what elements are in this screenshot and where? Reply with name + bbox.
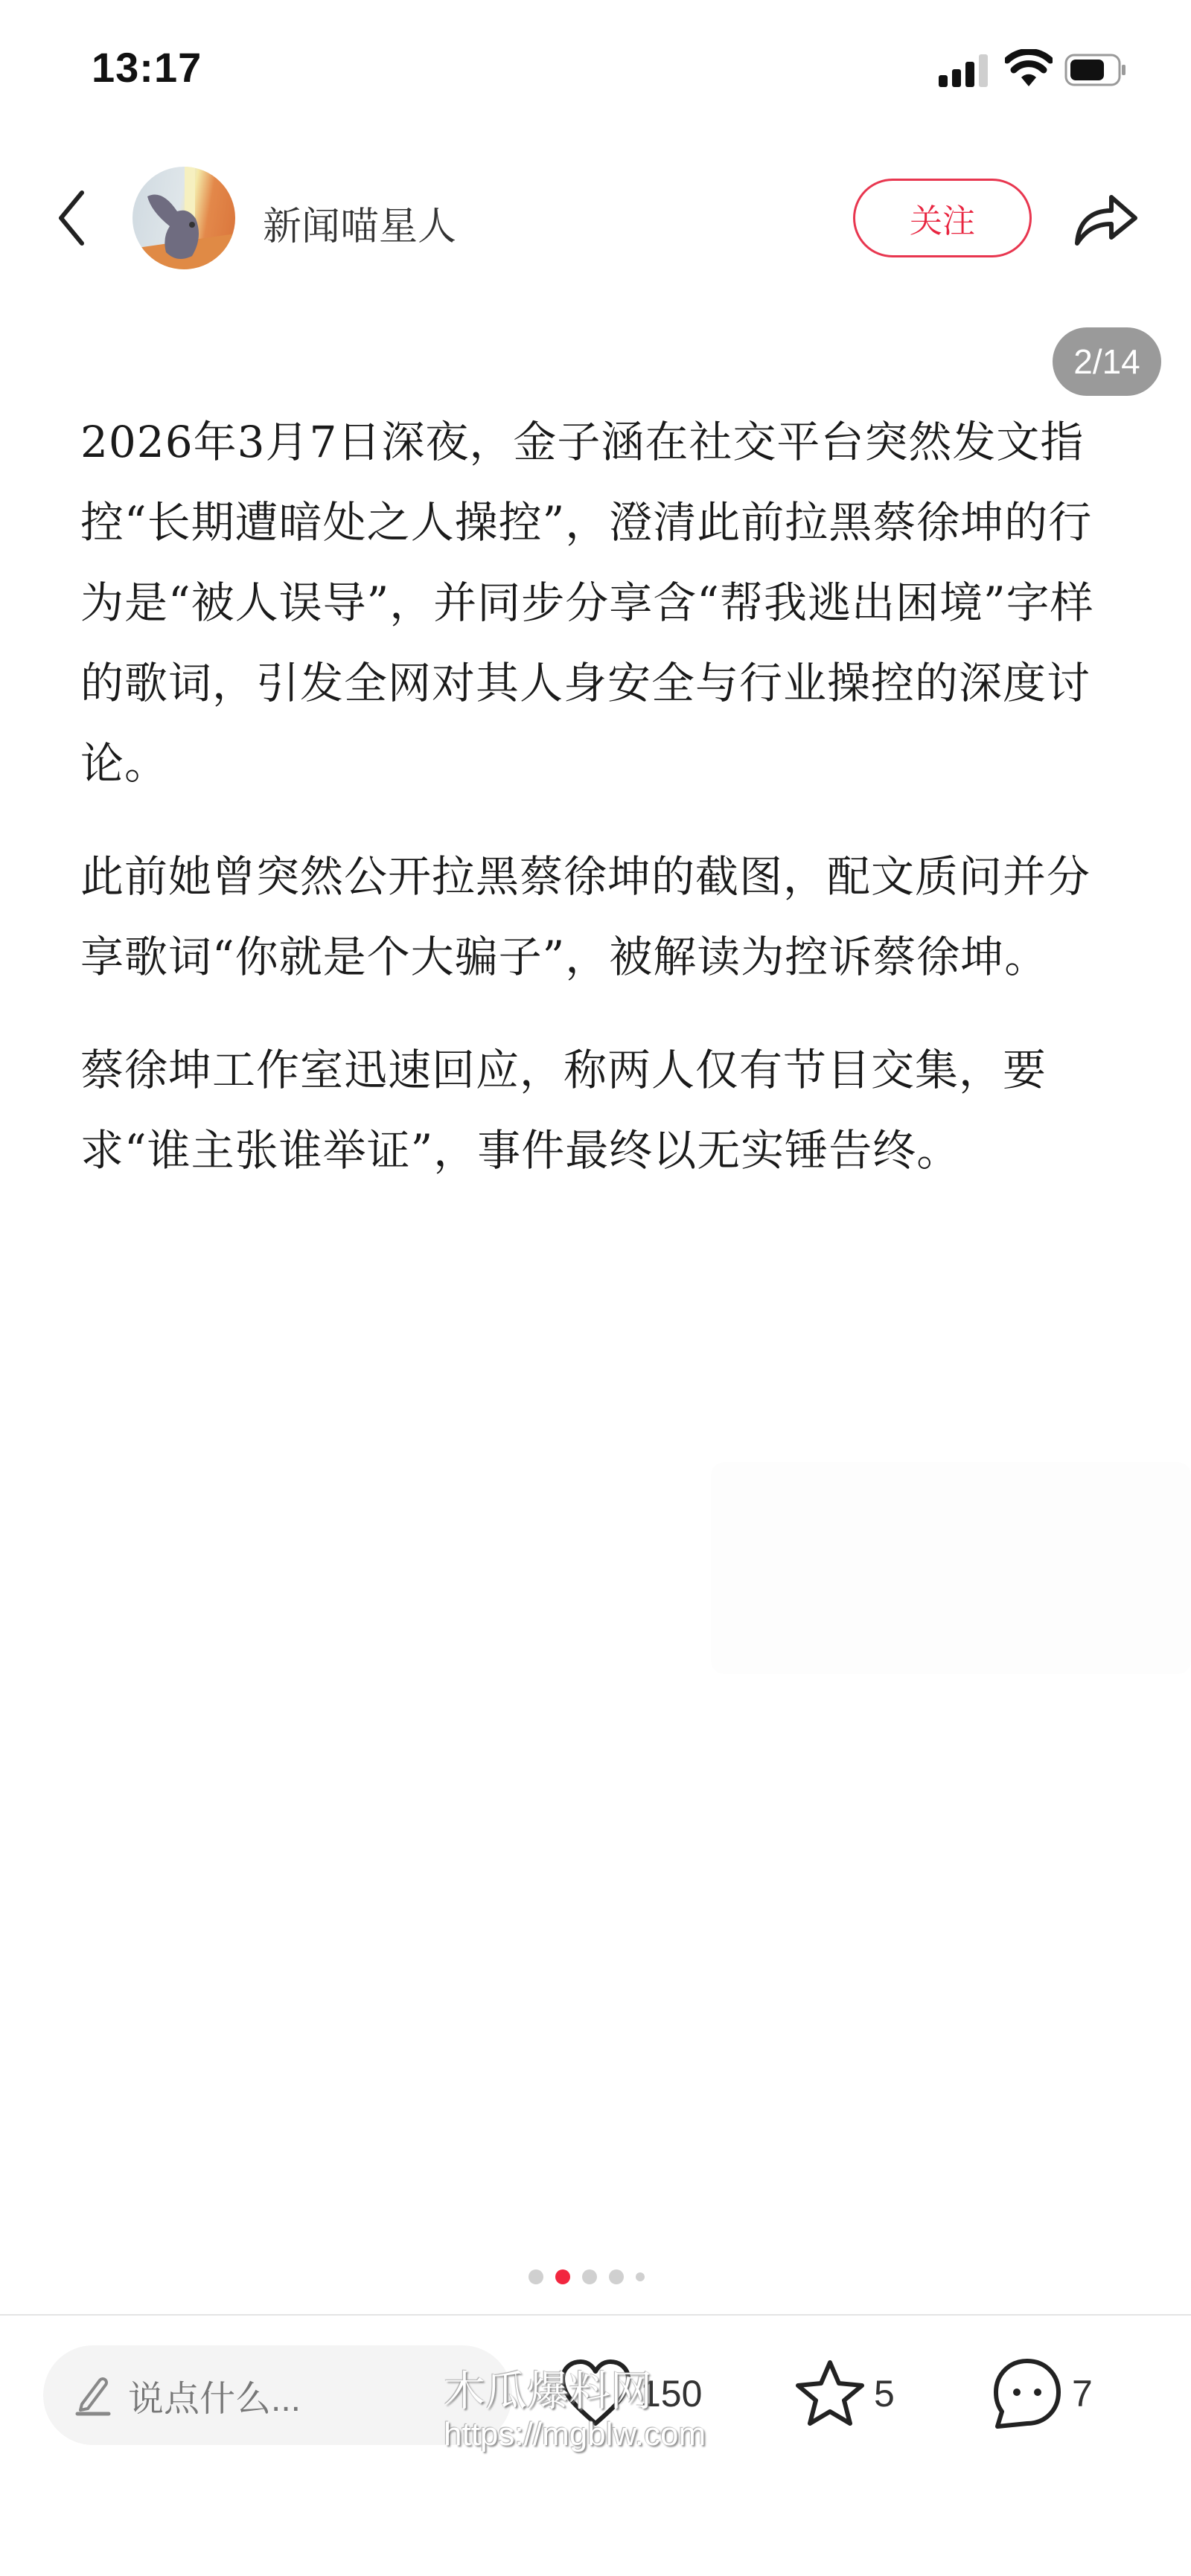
carousel-pager-dots xyxy=(529,2268,645,2286)
pager-dot[interactable] xyxy=(529,2269,543,2284)
pager-dot-active[interactable] xyxy=(555,2269,570,2284)
cellular-signal-icon xyxy=(939,54,988,87)
author-name[interactable]: 新闻喵星人 xyxy=(263,195,456,251)
back-button[interactable] xyxy=(49,185,94,251)
pager-dot[interactable] xyxy=(582,2269,597,2284)
wifi-icon xyxy=(1005,49,1053,88)
author-avatar[interactable] xyxy=(132,167,235,269)
like-count: 150 xyxy=(640,2372,702,2415)
pager-dot[interactable] xyxy=(636,2272,645,2281)
cat-avatar-image xyxy=(132,167,235,269)
status-time: 13:17 xyxy=(92,43,202,92)
faint-background-block xyxy=(711,1462,1191,1674)
collect-count: 5 xyxy=(874,2372,895,2415)
image-counter-badge: 2/14 xyxy=(1053,327,1161,396)
share-arrow-icon xyxy=(1073,191,1140,248)
article-paragraph: 2026年3月7日深夜，金子涵在社交平台突然发文指控“长期遭暗处之人操控”，澄清… xyxy=(80,402,1123,804)
share-button[interactable] xyxy=(1069,186,1143,253)
heart-icon xyxy=(558,2358,633,2429)
comment-bubble-icon xyxy=(990,2356,1064,2431)
collect-button[interactable]: 5 xyxy=(794,2353,895,2435)
battery-icon xyxy=(1064,54,1127,86)
follow-button[interactable]: 关注 xyxy=(853,179,1032,257)
comment-placeholder: 说点什么... xyxy=(128,2370,301,2421)
chevron-left-icon xyxy=(57,188,86,248)
pencil-icon xyxy=(74,2374,112,2416)
pager-dot[interactable] xyxy=(609,2269,624,2284)
article-paragraph: 蔡徐坤工作室迅速回应，称两人仅有节目交集，要求“谁主张谁举证”，事件最终以无实锤… xyxy=(80,1030,1123,1191)
comment-count: 7 xyxy=(1072,2372,1093,2415)
article-paragraph: 此前她曾突然公开拉黑蔡徐坤的截图，配文质问并分享歌词“你就是个大骗子”，被解读为… xyxy=(80,836,1123,997)
like-button[interactable]: 150 xyxy=(558,2353,702,2435)
star-icon xyxy=(794,2358,866,2429)
bottom-bar-divider xyxy=(0,2314,1191,2316)
comment-input[interactable]: 说点什么... xyxy=(43,2345,512,2445)
article-body: 2026年3月7日深夜，金子涵在社交平台突然发文指控“长期遭暗处之人操控”，澄清… xyxy=(80,402,1123,1223)
comment-button[interactable]: 7 xyxy=(990,2353,1093,2435)
